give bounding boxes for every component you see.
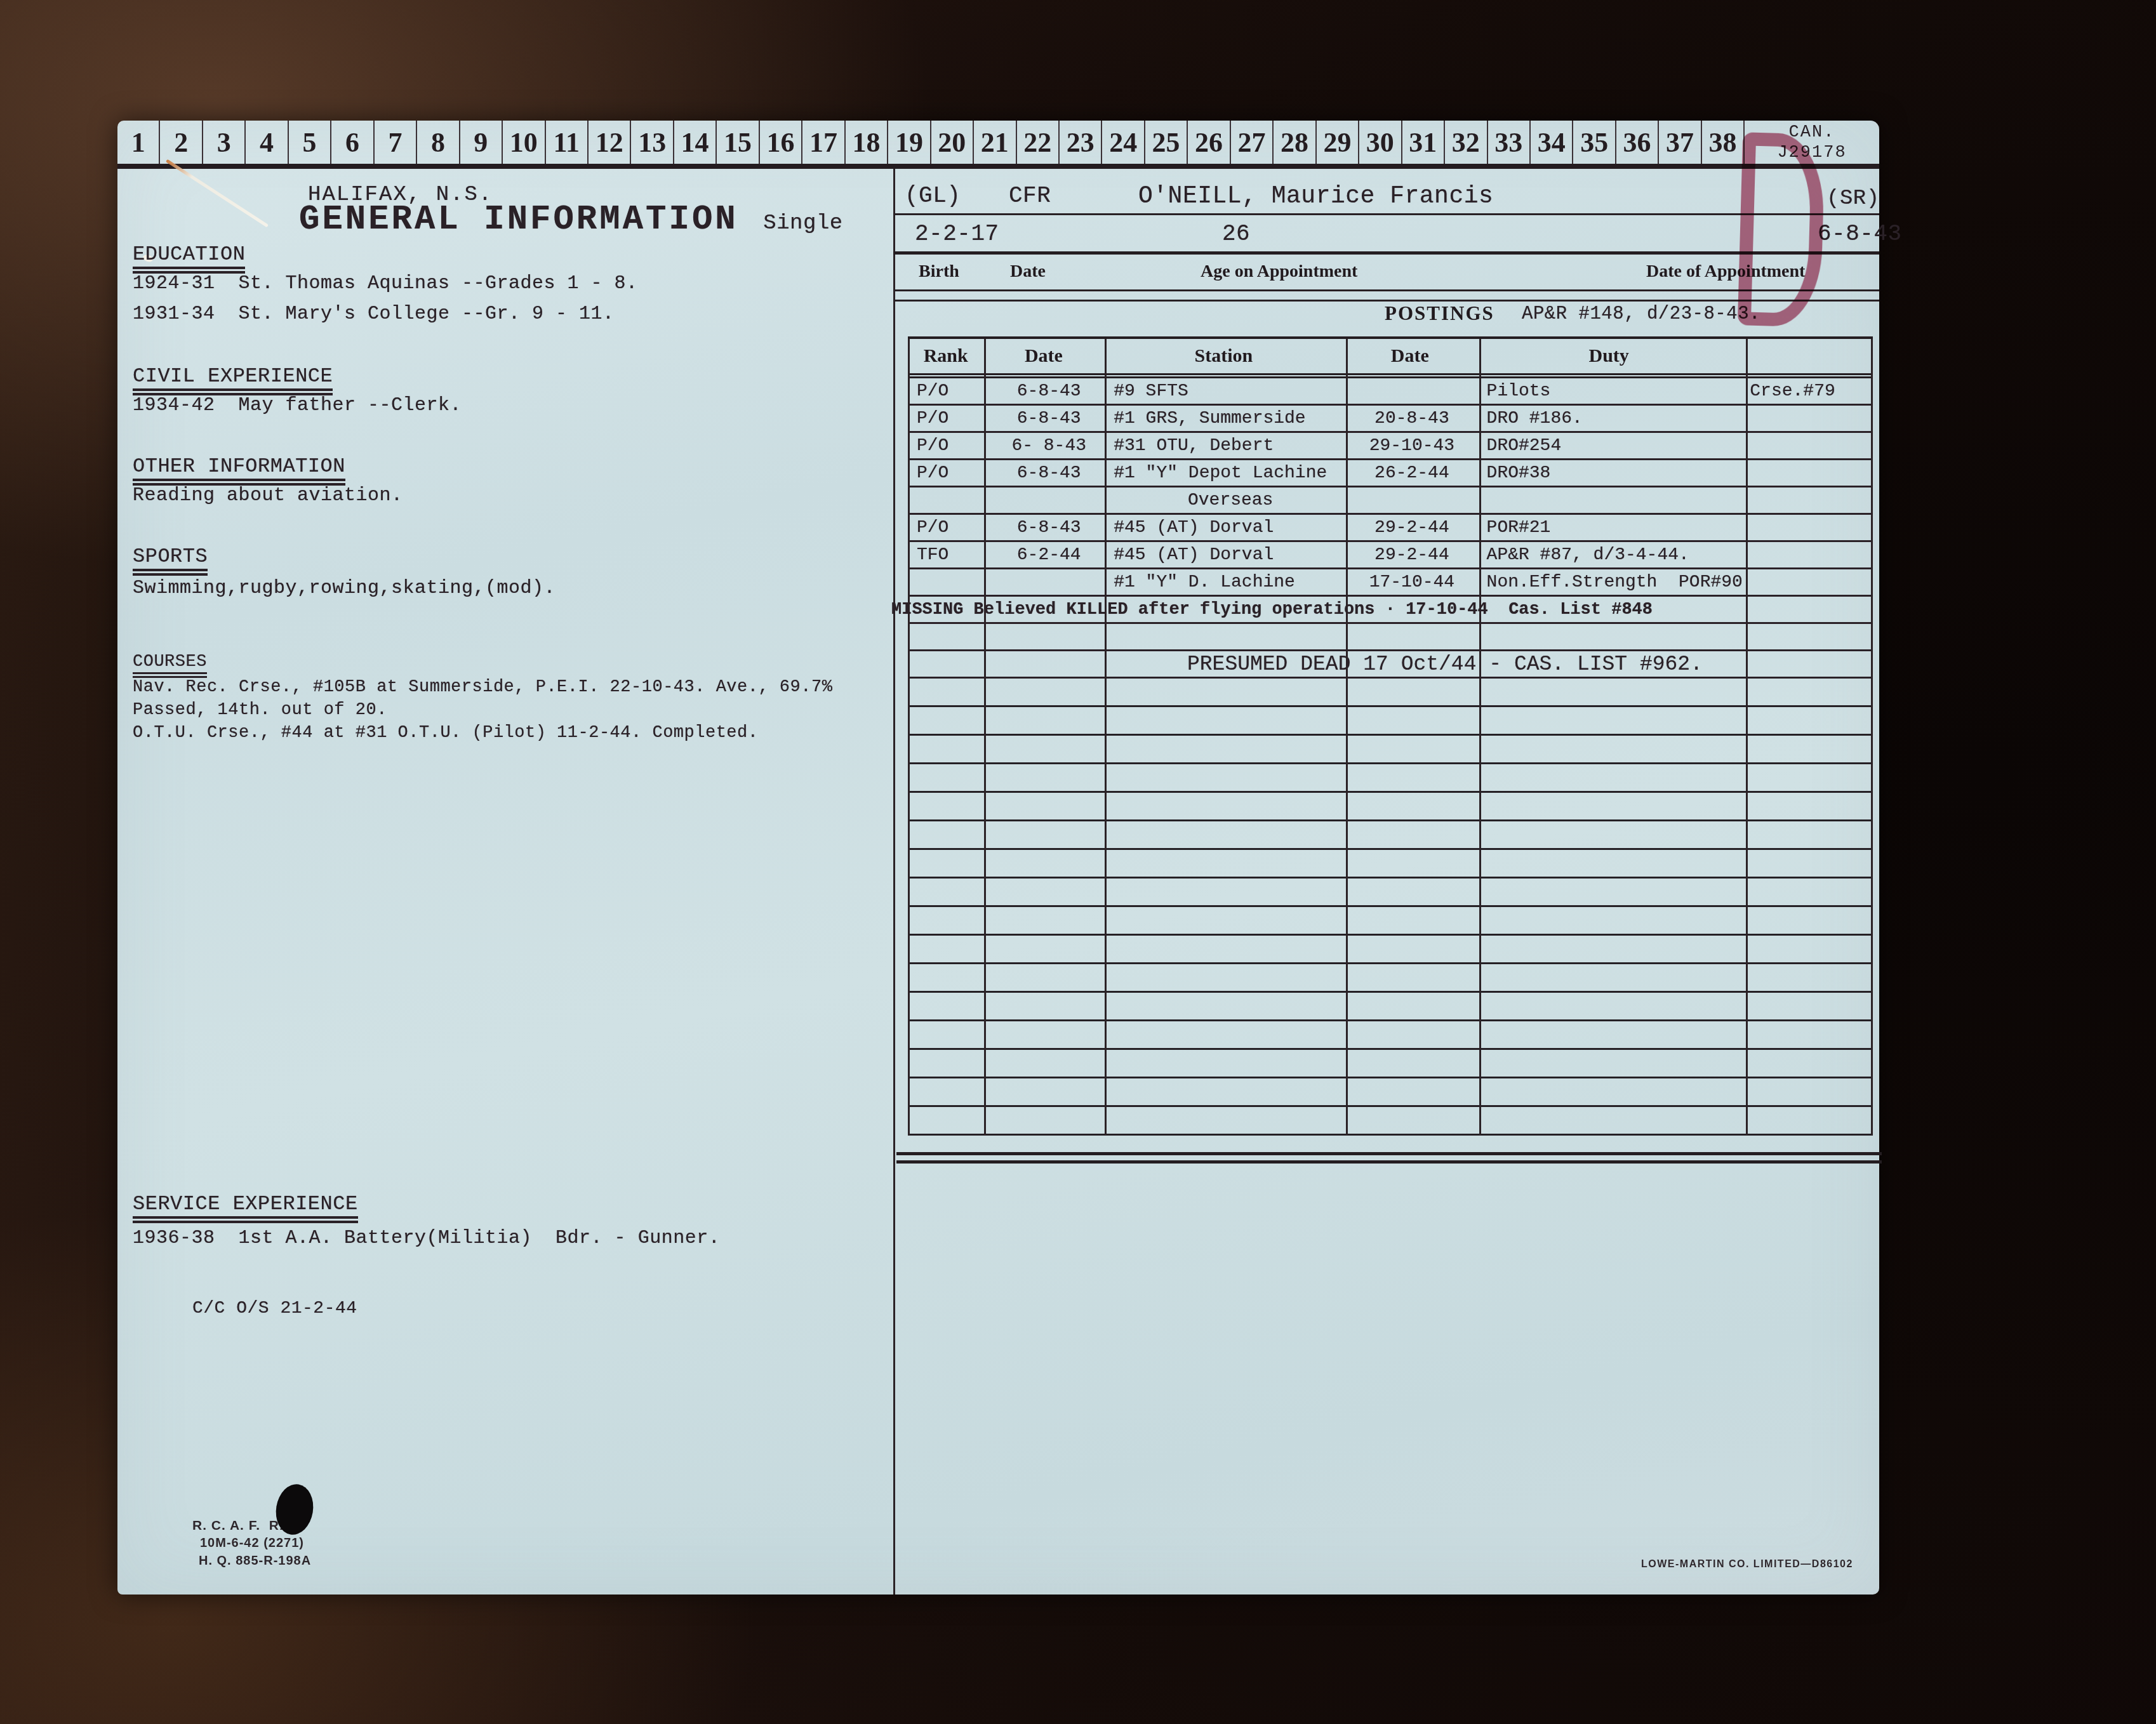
unit-code: CFR [1009, 183, 1051, 209]
table-column-line [1105, 339, 1107, 1136]
index-tab: 20 [931, 121, 974, 164]
posting-cell-station: #9 SFTS [1107, 378, 1347, 404]
posting-row [908, 821, 1873, 850]
rule-under-labels [893, 289, 1879, 302]
posting-cell-station: Overseas [1107, 487, 1347, 513]
posting-cell-duty: POR#21 [1477, 515, 1745, 540]
posting-cell-station: #45 (AT) Dorval [1107, 542, 1347, 567]
sports-heading: SPORTS [133, 545, 208, 576]
index-tab: 5 [289, 121, 331, 164]
posting-cell-extra [1745, 515, 1873, 540]
posting-cell-date2 [1347, 487, 1476, 513]
index-tab: 11 [546, 121, 589, 164]
posting-row: P/O6-8-43#1 "Y" Depot Lachine26-2-44DRO#… [908, 460, 1873, 487]
posting-row: MISSING Believed KILLED after flying ope… [908, 597, 1873, 624]
posting-cell-date2: 29-10-43 [1347, 433, 1476, 458]
posting-row [908, 679, 1873, 707]
general-info-title: GENERAL INFORMATION [299, 201, 738, 239]
posting-cell-duty: DRO #186. [1477, 406, 1745, 431]
member-name: O'NEILL, Maurice Francis [1138, 183, 1493, 210]
rule-under-name [893, 213, 1879, 215]
age-value: 26 [1222, 221, 1250, 247]
posting-row: P/O6- 8-43#31 OTU, Debert29-10-43DRO#254 [908, 433, 1873, 460]
marital-status: Single [763, 211, 842, 235]
rule-under-values [893, 251, 1879, 255]
posting-cell-rank: P/O [908, 460, 990, 486]
service-experience-heading: SERVICE EXPERIENCE [133, 1192, 358, 1223]
posting-cell-date1: 6-8-43 [990, 378, 1107, 404]
birth-date-value: 2-2-17 [915, 221, 999, 247]
posting-row [908, 624, 1873, 651]
index-tab: 24 [1102, 121, 1145, 164]
posting-cell-station: #1 "Y" D. Lachine [1107, 569, 1347, 595]
posting-cell-date1: 6-8-43 [990, 460, 1107, 486]
courses-line: Nav. Rec. Crse., #105B at Summerside, P.… [133, 678, 832, 697]
posting-cell-rank [908, 487, 990, 513]
posting-cell-date2: 26-2-44 [1347, 460, 1476, 486]
index-tab: 35 [1573, 121, 1616, 164]
postings-label: POSTINGS [1385, 302, 1494, 325]
postings-header-row: Rank Date Station Date Duty [908, 339, 1873, 378]
index-tab: 28 [1274, 121, 1316, 164]
posting-cell-rank: P/O [908, 515, 990, 540]
station-header: Station [1103, 345, 1343, 367]
posting-cell-rank: TFO [908, 542, 990, 567]
posting-cell-rank: P/O [908, 433, 990, 458]
service-experience-line: 1936-38 1st A.A. Battery(Militia) Bdr. -… [133, 1228, 720, 1249]
index-tab: 29 [1317, 121, 1359, 164]
form-code-line: H. Q. 885-R-198A [199, 1554, 311, 1568]
index-tab: 37 [1659, 121, 1701, 164]
index-tab: 27 [1231, 121, 1274, 164]
posting-cell-rank: P/O [908, 378, 990, 404]
posting-row [908, 1050, 1873, 1078]
posting-cell-date2: 29-2-44 [1347, 542, 1476, 567]
posting-row [908, 964, 1873, 993]
posting-row: P/O6-8-43#45 (AT) Dorval29-2-44POR#21 [908, 515, 1873, 542]
posting-cell-extra [1745, 487, 1873, 513]
index-tab: 19 [888, 121, 931, 164]
posting-row [908, 907, 1873, 936]
index-tab: 14 [674, 121, 717, 164]
posting-row: Overseas [908, 487, 1873, 515]
posting-cell-rank: P/O [908, 406, 990, 431]
posting-cell-duty: AP&R #87, d/3-4-44. [1477, 542, 1745, 567]
posting-row [908, 993, 1873, 1021]
posting-cell-extra [1745, 406, 1873, 431]
courses-line: O.T.U. Crse., #44 at #31 O.T.U. (Pilot) … [133, 724, 758, 743]
appointment-date-value: 6-8-43 [1818, 221, 1902, 247]
index-tab: 23 [1060, 121, 1102, 164]
posting-cell-date2: 17-10-44 [1347, 569, 1476, 595]
index-tab: 36 [1616, 121, 1659, 164]
posting-cell-date2 [1347, 378, 1476, 404]
posting-row [908, 707, 1873, 736]
postings-grid: Rank Date Station Date Duty P/O6-8-43#9 … [908, 336, 1873, 1136]
index-tab: 21 [974, 121, 1016, 164]
index-tab: 7 [375, 121, 417, 164]
education-line: 1924-31 St. Thomas Aquinas --Grades 1 - … [133, 273, 638, 295]
posting-cell-station: #1 GRS, Summerside [1107, 406, 1347, 431]
posting-cell-date1: 6-2-44 [990, 542, 1107, 567]
posting-cell-extra: Crse.#79 [1745, 378, 1873, 404]
index-tab: 32 [1445, 121, 1487, 164]
index-tab: 38 [1702, 121, 1745, 164]
posting-cell-rank [908, 569, 990, 595]
index-tab: 8 [417, 121, 460, 164]
sports-line: Swimming,rugby,rowing,skating,(mod). [133, 578, 556, 599]
general-info-title-row: GENERAL INFORMATION Single [299, 201, 843, 239]
index-tab: 22 [1017, 121, 1060, 164]
posting-row: #1 "Y" D. Lachine17-10-44Non.Eff.Strengt… [908, 569, 1873, 597]
index-tab: 17 [802, 121, 845, 164]
index-tab: 34 [1531, 121, 1573, 164]
age-on-appointment-label: Age on Appointment [1201, 262, 1357, 282]
service-record-card: 1234567891011121314151617181920212223242… [117, 121, 1879, 1595]
rank-header: Rank [908, 345, 983, 367]
scratch-mark [166, 159, 269, 228]
posting-cell-date1: 6-8-43 [990, 515, 1107, 540]
printer-code: LOWE-MARTIN CO. LIMITED—D86102 [1641, 1559, 1853, 1570]
posting-cell-date1: 6-8-43 [990, 406, 1107, 431]
index-tab: 30 [1359, 121, 1402, 164]
postings-reference: AP&R #148, d/23-8-43. [1522, 303, 1760, 324]
index-tab: 18 [846, 121, 888, 164]
index-tab: 1 [117, 121, 160, 164]
form-code-line: 10M-6-42 (2271) [200, 1536, 304, 1551]
index-tab-strip: 1234567891011121314151617181920212223242… [117, 121, 1879, 169]
posting-row [908, 764, 1873, 793]
table-column-line [1479, 339, 1481, 1136]
index-tab: 10 [503, 121, 545, 164]
missing-note: MISSING Believed KILLED after flying ope… [891, 600, 1653, 620]
posting-cell-station: #1 "Y" Depot Lachine [1107, 460, 1347, 486]
index-tab: 2 [160, 121, 203, 164]
class-code-left: (GL) [905, 183, 961, 209]
table-column-line [1746, 339, 1748, 1136]
table-bottom-rule [896, 1152, 1882, 1164]
postings-table: Rank Date Station Date Duty P/O6-8-43#9 … [908, 336, 1873, 1164]
scanned-photo-background: 1234567891011121314151617181920212223242… [0, 0, 2156, 1724]
posting-cell-duty: Non.Eff.Strength POR#90 [1477, 569, 1745, 595]
posting-cell-duty: DRO#254 [1477, 433, 1745, 458]
posting-row [908, 879, 1873, 907]
posting-cell-date2: 20-8-43 [1347, 406, 1476, 431]
posting-cell-date1: 6- 8-43 [990, 433, 1107, 458]
other-information-line: Reading about aviation. [133, 485, 403, 507]
posting-cell-station: #31 OTU, Debert [1107, 433, 1347, 458]
birth-label: Birth [919, 262, 959, 282]
posting-cell-extra [1745, 569, 1873, 595]
posting-cell-extra [1745, 460, 1873, 486]
date2-header: Date [1343, 345, 1476, 367]
tab-numbers: 1234567891011121314151617181920212223242… [117, 121, 1745, 164]
education-line: 1931-34 St. Mary's College --Gr. 9 - 11. [133, 303, 615, 325]
posting-row: PRESUMED DEAD 17 Oct/44 - CAS. LIST #962… [908, 651, 1873, 679]
panel-divider-line [893, 169, 895, 1595]
posting-cell-duty: DRO#38 [1477, 460, 1745, 486]
posting-row [908, 736, 1873, 764]
posting-row [908, 1107, 1873, 1136]
index-tab: 3 [203, 121, 246, 164]
posting-row [908, 850, 1873, 879]
index-tab: 4 [246, 121, 288, 164]
posting-row [908, 936, 1873, 964]
posting-row [908, 793, 1873, 821]
table-column-line [984, 339, 986, 1136]
other-information-heading: OTHER INFORMATION [133, 454, 345, 486]
posting-cell-duty [1477, 487, 1745, 513]
posting-row [908, 1021, 1873, 1050]
date-header: Date [983, 345, 1103, 367]
index-tab: 33 [1488, 121, 1531, 164]
duty-header: Duty [1476, 345, 1741, 367]
index-tab: 31 [1402, 121, 1445, 164]
posting-cell-date1 [990, 569, 1107, 595]
posting-cell-date1 [990, 487, 1107, 513]
index-tab: 15 [717, 121, 759, 164]
table-column-line [1871, 339, 1873, 1136]
posting-row: TFO6-2-44#45 (AT) Dorval29-2-44AP&R #87,… [908, 542, 1873, 569]
index-tab: 6 [331, 121, 374, 164]
overseas-transfer-note: C/C O/S 21-2-44 [192, 1299, 357, 1318]
courses-heading: COURSES [133, 653, 207, 678]
education-heading: EDUCATION [133, 242, 245, 274]
civil-experience-heading: CIVIL EXPERIENCE [133, 364, 333, 395]
posting-cell-station: #45 (AT) Dorval [1107, 515, 1347, 540]
courses-line: Passed, 14th. out of 20. [133, 701, 387, 720]
posting-row: P/O6-8-43#9 SFTSPilotsCrse.#79 [908, 378, 1873, 406]
table-column-line [908, 339, 910, 1136]
class-code-right: (SR) [1827, 187, 1880, 211]
index-tab: 25 [1145, 121, 1188, 164]
presumed-dead-note: PRESUMED DEAD 17 Oct/44 - CAS. LIST #962… [1187, 653, 1703, 676]
index-tab: 16 [760, 121, 802, 164]
index-tab: 12 [589, 121, 631, 164]
posting-row: P/O6-8-43#1 GRS, Summerside20-8-43DRO #1… [908, 406, 1873, 433]
index-tab: 26 [1188, 121, 1230, 164]
date-label: Date [1010, 262, 1046, 282]
posting-cell-extra [1745, 542, 1873, 567]
posting-row [908, 1078, 1873, 1107]
posting-cell-date2: 29-2-44 [1347, 515, 1476, 540]
posting-cell-duty: Pilots [1477, 378, 1745, 404]
index-tab: 9 [460, 121, 503, 164]
table-column-line [1346, 339, 1348, 1136]
index-tab: 13 [631, 121, 674, 164]
posting-cell-extra [1745, 433, 1873, 458]
civil-experience-line: 1934-42 May father --Clerk. [133, 395, 462, 416]
